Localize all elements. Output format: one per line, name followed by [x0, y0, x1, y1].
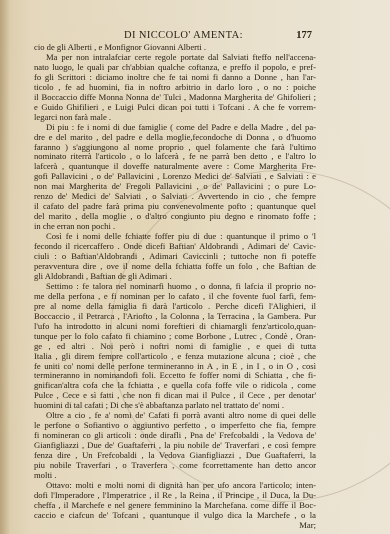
text-line: caccio e ciafcun de' Tofcani , quantunqu…: [34, 511, 316, 521]
text-line: Italia , gli direm fempre coll'articolo …: [34, 352, 316, 362]
running-head: DI NICCOLO' AMENTA:: [124, 30, 243, 41]
page-gutter-shadow: [0, 0, 10, 534]
catchword: Mar;: [34, 521, 316, 531]
body-text: cio de gli Alberti , e Monfignor Giovann…: [34, 43, 316, 531]
text-line: piu nobile Traverfari , o Traverfera , c…: [34, 461, 316, 471]
page-number: 177: [296, 30, 312, 41]
book-page: DI NICCOLO' AMENTA: 177 cio de gli Alber…: [0, 0, 390, 534]
